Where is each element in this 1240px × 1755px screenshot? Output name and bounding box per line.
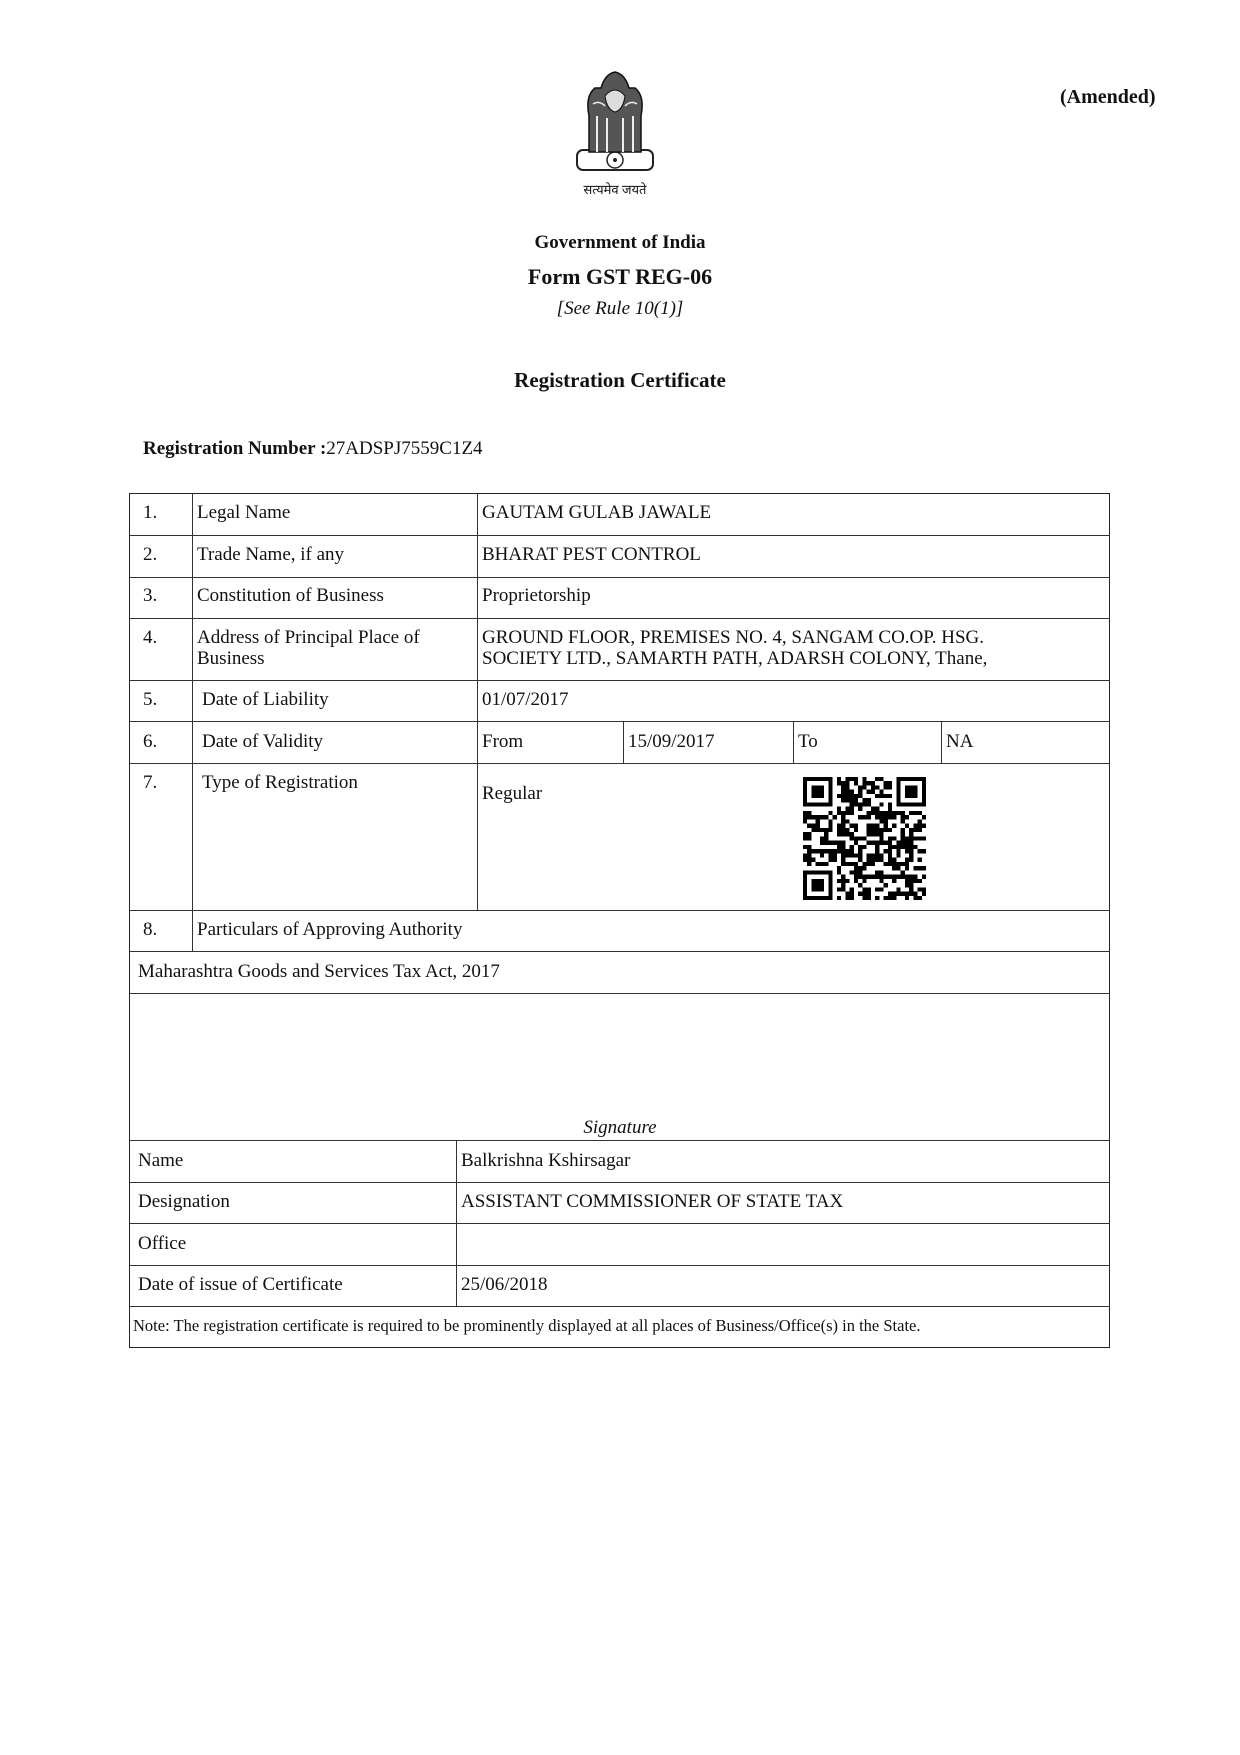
trade-name-label: Trade Name, if any <box>197 544 344 565</box>
row-divider <box>129 1223 1110 1224</box>
liability-date-value: 01/07/2017 <box>482 689 569 710</box>
col-divider <box>793 721 794 763</box>
row-divider <box>129 1140 1110 1141</box>
validity-label: Date of Validity <box>202 731 323 752</box>
row-number: 1. <box>143 502 157 523</box>
row-divider <box>129 763 1110 764</box>
row-divider <box>129 721 1110 722</box>
registration-number: Registration Number :27ADSPJ7559C1Z4 <box>143 438 483 460</box>
row-number: 8. <box>143 919 157 940</box>
validity-from-label: From <box>482 731 523 752</box>
row-divider <box>129 1182 1110 1183</box>
row-number: 7. <box>143 772 157 793</box>
government-heading: Government of India <box>0 232 1240 254</box>
address-value-line2: SOCIETY LTD., SAMARTH PATH, ADARSH COLON… <box>482 648 987 669</box>
row-divider <box>129 951 1110 952</box>
registration-value: 27ADSPJ7559C1Z4 <box>326 438 482 459</box>
row-number: 2. <box>143 544 157 565</box>
row-number: 3. <box>143 585 157 606</box>
col-divider <box>941 721 942 763</box>
approving-authority-label: Particulars of Approving Authority <box>197 919 462 940</box>
act-name: Maharashtra Goods and Services Tax Act, … <box>138 961 500 982</box>
row-divider <box>129 577 1110 578</box>
designation-value: ASSISTANT COMMISSIONER OF STATE TAX <box>461 1191 843 1212</box>
motto: सत्यमेव जयते <box>560 180 670 198</box>
row-divider <box>129 993 1110 994</box>
rule-reference: [See Rule 10(1)] <box>0 298 1240 320</box>
office-label: Office <box>138 1233 186 1254</box>
form-title: Form GST REG-06 <box>0 264 1240 290</box>
registration-type-label: Type of Registration <box>202 772 358 793</box>
issue-date-value: 25/06/2018 <box>461 1274 548 1295</box>
row-number: 6. <box>143 731 157 752</box>
col-divider <box>477 493 478 910</box>
officer-name-label: Name <box>138 1150 183 1171</box>
designation-label: Designation <box>138 1191 230 1212</box>
legal-name-label: Legal Name <box>197 502 290 523</box>
validity-from-value: 15/09/2017 <box>628 731 715 752</box>
row-number: 4. <box>143 627 157 648</box>
registration-type-value: Regular <box>482 783 542 804</box>
col-divider <box>456 1140 457 1306</box>
liability-date-label: Date of Liability <box>202 689 329 710</box>
display-note: Note: The registration certificate is re… <box>133 1315 921 1336</box>
officer-name-value: Balkrishna Kshirsagar <box>461 1150 630 1171</box>
row-divider <box>129 535 1110 536</box>
col-divider <box>623 721 624 763</box>
row-divider <box>129 680 1110 681</box>
col-divider <box>192 493 193 951</box>
validity-to-label: To <box>798 731 818 752</box>
trade-name-value: BHARAT PEST CONTROL <box>482 544 701 565</box>
issue-date-label: Date of issue of Certificate <box>138 1274 343 1295</box>
amended-label: (Amended) <box>1060 86 1156 109</box>
constitution-label: Constitution of Business <box>197 585 384 606</box>
registration-label: Registration Number : <box>143 438 326 459</box>
address-label-line2: Business <box>197 648 265 669</box>
row-divider <box>129 910 1110 911</box>
legal-name-value: GAUTAM GULAB JAWALE <box>482 502 711 523</box>
constitution-value: Proprietorship <box>482 585 591 606</box>
validity-to-value: NA <box>946 731 973 752</box>
national-emblem-icon <box>575 66 655 176</box>
row-divider <box>129 1265 1110 1266</box>
certificate-title: Registration Certificate <box>0 368 1240 393</box>
qr-code-icon <box>803 777 926 900</box>
row-number: 5. <box>143 689 157 710</box>
row-divider <box>129 618 1110 619</box>
signature-label: Signature <box>0 1117 1240 1138</box>
address-value-line1: GROUND FLOOR, PREMISES NO. 4, SANGAM CO.… <box>482 627 984 648</box>
row-divider <box>129 1306 1110 1307</box>
address-label-line1: Address of Principal Place of <box>197 627 420 648</box>
